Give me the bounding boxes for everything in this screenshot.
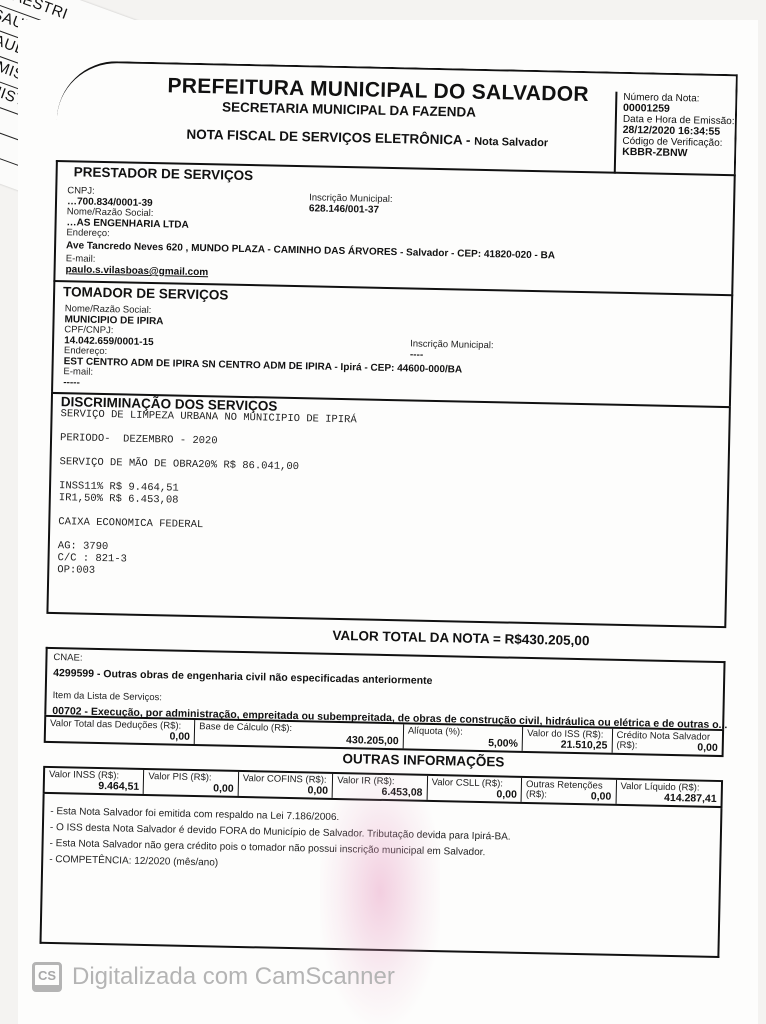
table-cell: Crédito Nota Salvador (R$):0,00 <box>612 729 722 755</box>
cell-value: 430.205,00 <box>346 734 399 747</box>
table-cell: Base de Cálculo (R$):430.205,00 <box>195 720 404 748</box>
discriminacao-lines: SERVIÇO DE LIMPEZA URBANA NO MUNICIPIO D… <box>49 408 728 590</box>
prestador-inscricao: Inscrição Municipal: 628.146/001-37 <box>309 193 393 216</box>
cell-value: 0,00 <box>213 782 234 794</box>
prestador-email-block: E-mail: paulo.s.vilasboas@gmail.com <box>65 254 208 278</box>
cell-value: 0,00 <box>307 784 328 796</box>
prestador-ident: CNPJ: …700.834/0001-39 Nome/Razão Social… <box>66 186 189 241</box>
table-cell: Outras Retenções (R$):0,00 <box>522 778 617 804</box>
cell-value: 9.464,51 <box>98 780 139 793</box>
camscanner-icon: CS <box>32 962 62 992</box>
watermark-text: Digitalizada com CamScanner <box>72 963 395 991</box>
nota-fiscal: PREFEITURA MUNICIPAL DO SALVADOR SECRETA… <box>39 60 737 958</box>
table-cell: Valor Total das Deduções (R$):0,00 <box>46 717 196 744</box>
camscanner-watermark: CS Digitalizada com CamScanner <box>32 962 395 992</box>
cell-value: 414.287,41 <box>664 792 717 805</box>
prestador-email: paulo.s.vilasboas@gmail.com <box>65 264 208 278</box>
cell-value: 5,00% <box>488 737 518 750</box>
table-cell: Alíquota (%):5,00% <box>404 724 524 750</box>
tomador-section: TOMADOR DE SERVIÇOS Nome/Razão Social: M… <box>51 280 733 406</box>
note-metadata: Número da Nota: 00001259 Data e Hora de … <box>614 92 736 176</box>
discriminacao-section: DISCRIMINAÇÃO DOS SERVIÇOS SERVIÇO DE LI… <box>46 392 731 628</box>
tomador-ident: Nome/Razão Social: MUNICIPIO DE IPIRA CP… <box>63 304 463 396</box>
inscricao-value: 628.146/001-37 <box>309 203 393 216</box>
table-cell: Valor do ISS (R$):21.510,25 <box>523 727 613 753</box>
cell-value: 0,00 <box>591 790 612 802</box>
table-cell: Valor INSS (R$):9.464,51 <box>45 768 145 794</box>
cell-value: 21.510,25 <box>561 739 608 752</box>
document-type: NOTA FISCAL DE SERVIÇOS ELETRÔNICA - Not… <box>186 127 548 150</box>
document-header: PREFEITURA MUNICIPAL DO SALVADOR SECRETA… <box>56 60 738 174</box>
cell-value: 0,00 <box>697 742 718 754</box>
cnae-item-box: CNAE: 4299599 - Outras obras de engenhar… <box>44 647 725 729</box>
observacoes-box: - Esta Nota Salvador foi emitida com res… <box>39 794 722 958</box>
table-cell: Valor CSLL (R$):0,00 <box>427 776 522 802</box>
tomador-inscricao: Inscrição Municipal: ---- <box>410 339 494 362</box>
cell-value: 6.453,08 <box>381 786 422 799</box>
table-cell: Valor COFINS (R$):0,00 <box>238 772 333 798</box>
table-cell: Valor PIS (R$):0,00 <box>144 770 239 796</box>
document-type-text: NOTA FISCAL DE SERVIÇOS ELETRÔNICA - <box>186 127 470 148</box>
cell-value: 0,00 <box>496 788 517 800</box>
cell-value: 0,00 <box>169 730 190 742</box>
prestador-section: PRESTADOR DE SERVIÇOS CNPJ: …700.834/000… <box>53 160 735 294</box>
table-cell: Valor Líquido (R$):414.287,41 <box>616 780 721 806</box>
document-page: PREFEITURA MUNICIPAL DO SALVADOR SECRETA… <box>18 20 758 1024</box>
table-cell: Valor IR (R$):6.453,08 <box>333 774 428 800</box>
inscricao-value: ---- <box>410 349 494 362</box>
document-type-suffix: Nota Salvador <box>474 136 548 150</box>
